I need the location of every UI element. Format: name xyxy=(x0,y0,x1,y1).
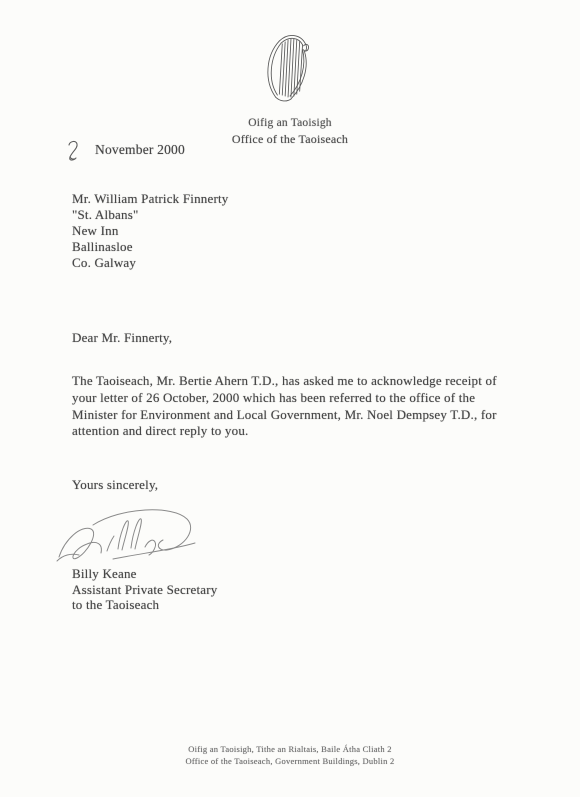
body-paragraph: The Taoiseach, Mr. Bertie Ahern T.D., ha… xyxy=(72,373,542,440)
letter-page: Oifig an Taoisigh Office of the Taoiseac… xyxy=(0,0,580,797)
date-line: November 2000 xyxy=(66,139,185,163)
recipient-address: Mr. William Patrick Finnerty "St. Albans… xyxy=(72,191,229,271)
signer-name: Billy Keane xyxy=(72,566,217,582)
signer-title: Assistant Private Secretary xyxy=(72,582,217,598)
address-line: Mr. William Patrick Finnerty xyxy=(72,191,229,207)
footer-irish: Oifig an Taoisigh, Tithe an Rialtais, Ba… xyxy=(0,743,580,755)
body-line: The Taoiseach, Mr. Bertie Ahern T.D., ha… xyxy=(72,373,542,390)
header-emblem xyxy=(0,30,580,108)
body-line: Minister for Environment and Local Gover… xyxy=(72,407,542,424)
letterhead-irish: Oifig an Taoisigh xyxy=(0,117,580,129)
irish-harp-icon xyxy=(261,30,319,108)
signer-block: Billy Keane Assistant Private Secretary … xyxy=(72,566,217,613)
footer-english: Office of the Taoiseach, Government Buil… xyxy=(0,755,580,767)
handwritten-signature xyxy=(55,503,205,569)
body-line: attention and direct reply to you. xyxy=(72,423,542,440)
signer-title: to the Taoiseach xyxy=(72,597,217,613)
address-line: Ballinasloe xyxy=(72,239,229,255)
date-text: November 2000 xyxy=(95,139,185,158)
address-line: "St. Albans" xyxy=(72,207,229,223)
body-line: your letter of 26 October, 2000 which ha… xyxy=(72,390,542,407)
salutation: Dear Mr. Finnerty, xyxy=(72,330,172,346)
valediction: Yours sincerely, xyxy=(72,477,158,493)
handwritten-day xyxy=(66,139,81,163)
address-line: New Inn xyxy=(72,223,229,239)
address-line: Co. Galway xyxy=(72,255,229,271)
letter-footer: Oifig an Taoisigh, Tithe an Rialtais, Ba… xyxy=(0,743,580,767)
